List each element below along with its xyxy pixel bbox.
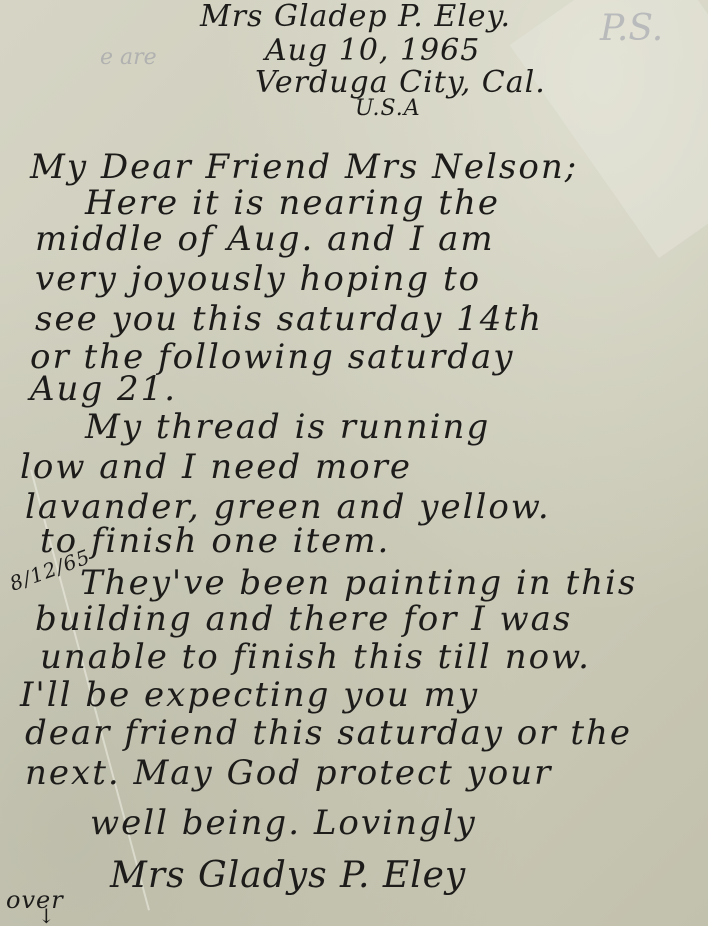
body-line: next. May God protect your xyxy=(25,756,552,790)
signature: Mrs Gladys P. Eley xyxy=(110,858,466,894)
bleed-through-ps: P.S. xyxy=(600,8,663,49)
body-line: to finish one item. xyxy=(40,524,390,558)
body-line: dear friend this saturday or the xyxy=(25,716,632,750)
sender-country: U.S.A xyxy=(355,98,421,120)
body-line: Here it is nearing the xyxy=(85,186,500,220)
letter-page: P.S. e are Mrs Gladep P. Eley. Aug 10, 1… xyxy=(0,0,708,926)
sender-name: Mrs Gladep P. Eley. xyxy=(200,2,511,32)
body-line: My thread is running xyxy=(85,410,490,444)
down-arrow-icon: ↓ xyxy=(38,906,56,926)
body-line: building and there for I was xyxy=(35,602,572,636)
salutation: My Dear Friend Mrs Nelson; xyxy=(30,150,578,184)
body-line: unable to finish this till now. xyxy=(40,640,591,674)
sender-city: Verduga City, Cal. xyxy=(255,68,546,98)
body-line: low and I need more xyxy=(20,450,412,484)
body-line: lavander, green and yellow. xyxy=(25,490,551,524)
body-line: Aug 21. xyxy=(30,372,177,406)
body-line: They've been painting in this xyxy=(80,566,637,600)
body-line: middle of Aug. and I am xyxy=(35,222,495,256)
body-line: see you this saturday 14th xyxy=(35,302,543,336)
body-line: I'll be expecting you my xyxy=(20,678,479,712)
letter-date: Aug 10, 1965 xyxy=(265,36,480,66)
bleed-through-text: e are xyxy=(100,45,157,70)
closing-line: well being. Lovingly xyxy=(90,806,477,840)
body-line: very joyously hoping to xyxy=(35,262,481,296)
